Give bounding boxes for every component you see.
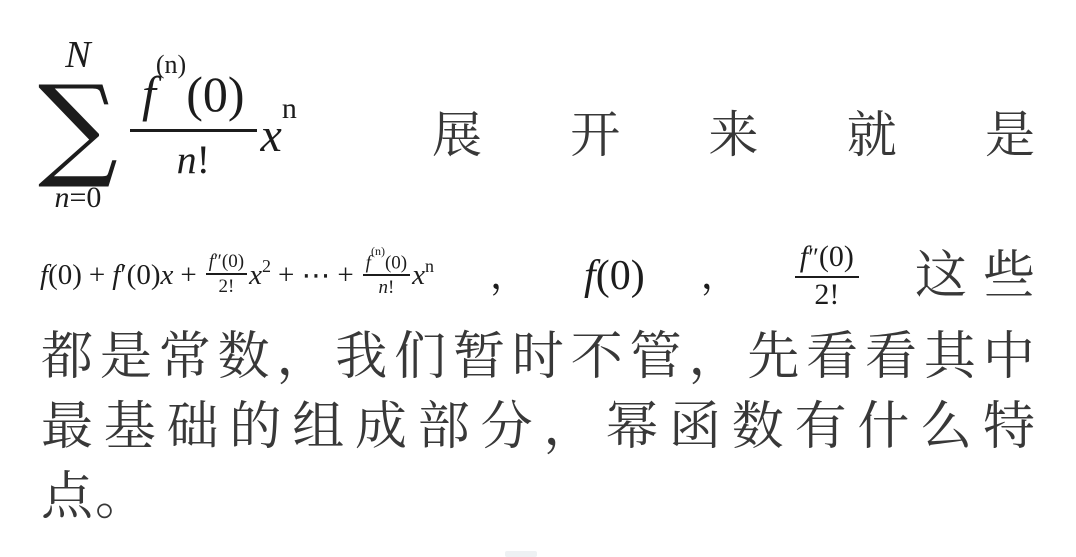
- power-term: xn: [261, 108, 297, 163]
- exp-x5: x: [412, 259, 425, 292]
- nth-derivative-fraction: f(n)(0)n!: [363, 251, 410, 297]
- sfrac-arg: (0): [222, 251, 244, 272]
- text-char: 部: [418, 401, 470, 453]
- text-char: 的: [229, 401, 281, 453]
- text-char: 看: [865, 331, 917, 383]
- text-char: 些: [983, 250, 1035, 302]
- sfrac-numerator: f″(0): [206, 252, 247, 275]
- f0-arg: (0): [596, 253, 645, 299]
- mfrac-denominator: 2!: [814, 278, 839, 310]
- exp-exp3: 2: [262, 256, 271, 277]
- text-char: 就: [847, 110, 897, 160]
- plus-operator: +: [89, 259, 105, 292]
- text-char: 先: [747, 331, 799, 383]
- exp-x3: x: [249, 259, 262, 292]
- text-char: 础: [167, 401, 219, 453]
- text-char: 特: [983, 401, 1035, 453]
- sfrac-arg: (0): [385, 252, 407, 273]
- text-char: 是: [100, 331, 152, 383]
- text-char: 成: [355, 401, 407, 453]
- text-char: 点: [41, 471, 93, 523]
- document-page: N ∑ n=0 f(n)(0) n! xn 展开来就是 f(0) + f′(0)…: [0, 0, 1076, 557]
- fullwidth-comma: ，: [490, 257, 528, 295]
- text-char: 管: [630, 331, 682, 383]
- line-3-text: 都是常数，我们暂时不管，先看看其中: [41, 331, 1035, 383]
- text-char: 不: [571, 331, 623, 383]
- text-char: 看: [806, 331, 858, 383]
- exp-exp5: n: [425, 256, 434, 277]
- text-char: 最: [41, 401, 93, 453]
- sfrac-denominator: n!: [378, 276, 394, 297]
- text-char: 这: [915, 250, 967, 302]
- text-char: 我: [335, 331, 387, 383]
- plus-operator: +: [278, 259, 294, 292]
- text-char: 函: [669, 401, 721, 453]
- numerator-f: f: [142, 66, 156, 122]
- mfrac-numerator: f″(0): [795, 242, 859, 278]
- text-char: 有: [795, 401, 847, 453]
- mfrac-arg: (0): [819, 240, 854, 273]
- sum-lower-var: n: [55, 181, 70, 214]
- text-char: 常: [159, 331, 211, 383]
- text-char: 数: [218, 331, 270, 383]
- exp-f1: f: [40, 259, 48, 292]
- text-char: 都: [41, 331, 93, 383]
- fullwidth-comma: ，: [701, 257, 739, 295]
- second-derivative-fraction: f″(0)2!: [206, 252, 247, 296]
- line-2-trailing-text: 这些: [915, 250, 1035, 302]
- f0-f: f: [584, 253, 596, 299]
- power-base: x: [261, 109, 282, 162]
- sigma-symbol: ∑: [38, 76, 118, 179]
- expansion-formula: f(0) + f′(0)x + f″(0)2! x2 + ⋯ + f(n)(0)…: [40, 253, 434, 299]
- cdots: ⋯: [301, 258, 330, 293]
- line-4-text: 最基础的组成部分，幂函数有什么特: [41, 401, 1035, 453]
- line-1-text: 展开来就是: [432, 110, 1035, 160]
- text-char: 幂: [606, 401, 658, 453]
- text-char: 展: [432, 110, 482, 160]
- line-5-text: 点。: [41, 471, 1035, 523]
- sfrac-den-bang: !: [388, 277, 394, 298]
- sum-lower-limit: n=0: [55, 183, 102, 213]
- text-char: ，: [688, 331, 740, 383]
- text-char: ，: [543, 401, 595, 453]
- fraction-numerator: f(n)(0): [130, 69, 257, 132]
- exp-x2: x: [160, 259, 173, 292]
- f0-constant-term: f(0): [584, 252, 645, 300]
- text-char: 是: [985, 110, 1035, 160]
- mfrac-prime: ″: [808, 243, 819, 272]
- sfrac-denominator: 2!: [218, 275, 234, 296]
- text-char: 其: [924, 331, 976, 383]
- f-double-prime-fraction: f″(0)2!: [795, 242, 859, 310]
- sfrac-prime: ″: [214, 251, 222, 272]
- text-char: 暂: [453, 331, 505, 383]
- text-char: ，: [276, 331, 328, 383]
- denominator-var: n: [177, 137, 197, 182]
- text-char: 们: [394, 331, 446, 383]
- text-char: 。: [95, 471, 147, 523]
- power-exponent: n: [282, 92, 297, 125]
- fraction-denominator: n!: [177, 132, 210, 180]
- text-char: 开: [570, 110, 620, 160]
- next-line-cutoff-mark: [505, 551, 537, 557]
- text-char: 么: [920, 401, 972, 453]
- text-char: 组: [292, 401, 344, 453]
- text-char: 来: [709, 110, 759, 160]
- taylor-sum-formula: N ∑ n=0 f(n)(0) n! xn: [38, 36, 297, 213]
- text-char: 中: [983, 331, 1035, 383]
- sfrac-numerator: f(n)(0): [363, 251, 410, 276]
- sum-lower-rest: =0: [70, 181, 102, 214]
- text-char: 数: [732, 401, 784, 453]
- line-2: f(0) + f′(0)x + f″(0)2! x2 + ⋯ + f(n)(0)…: [40, 232, 1035, 320]
- summation-symbol-block: N ∑ n=0: [38, 36, 118, 213]
- mfrac-f: f: [800, 240, 808, 273]
- numerator-argument: (0): [186, 66, 244, 122]
- numerator-derivative-order: (n): [156, 50, 186, 79]
- plus-operator: +: [337, 259, 353, 292]
- text-char: 时: [512, 331, 564, 383]
- denominator-factorial: !: [197, 137, 210, 182]
- sfrac-den-var: n: [378, 277, 388, 298]
- exp-f2: f: [112, 259, 120, 292]
- fraction-block: f(n)(0) n!: [130, 69, 257, 180]
- exp-arg2: (0): [127, 259, 161, 292]
- text-char: 基: [104, 401, 156, 453]
- plus-operator: +: [180, 259, 196, 292]
- sfrac-order: (n): [371, 244, 385, 258]
- text-char: 什: [857, 401, 909, 453]
- exp-arg1: (0): [48, 259, 82, 292]
- text-char: 分: [481, 401, 533, 453]
